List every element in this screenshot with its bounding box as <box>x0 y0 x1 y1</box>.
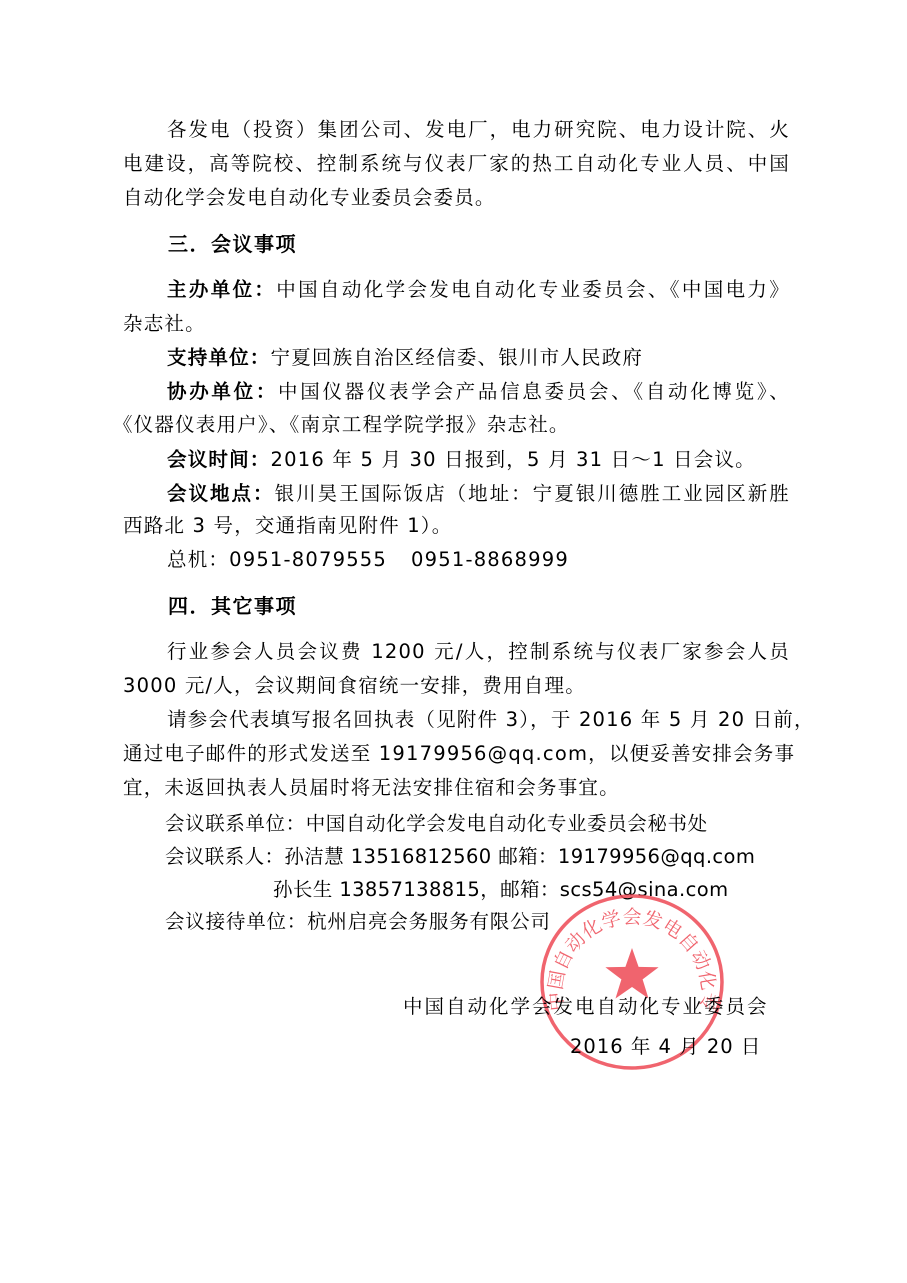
contact-separator: ， <box>480 878 500 901</box>
paragraph-line: 电建设，高等院校、控制系统与仪表厂家的热工自动化专业人员、中国 <box>123 151 790 177</box>
organizer-line-2: 杂志社。 <box>123 311 206 337</box>
supporter-value: 宁夏回族自治区经信委、银川市人民政府 <box>271 346 644 369</box>
organizer-line: 主办单位：中国自动化学会发电自动化专业委员会、《中国电力》 <box>167 277 790 303</box>
contact-name: 孙洁慧 <box>284 845 344 868</box>
registration-line: 通过电子邮件的形式发送至 19179956@qq.com，以便妥善安排会务事 <box>123 741 790 767</box>
contacts-label: 会议联系人： <box>165 845 284 868</box>
section-heading: 三．会议事项 <box>168 231 297 257</box>
contact-email: 19179956@qq.com <box>558 845 755 868</box>
venue-line-2: 西路北 3 号，交通指南见附件 1）。 <box>123 513 452 539</box>
reception-unit-line: 会议接待单位：杭州启亮会务服务有限公司 <box>165 909 551 935</box>
co-organizer-value: 中国仪器仪表学会产品信息委员会、《自动化博览》、 <box>278 380 790 403</box>
organizer-value: 中国自动化学会发电自动化专业委员会、《中国电力》 <box>276 278 790 301</box>
contact-unit-line: 会议联系单位：中国自动化学会发电自动化专业委员会秘书处 <box>165 811 708 837</box>
fee-line: 3000 元/人，会议期间食宿统一安排，费用自理。 <box>123 673 586 699</box>
venue-label: 会议地点： <box>167 482 275 505</box>
paragraph-line: 各发电（投资）集团公司、发电厂，电力研究院、电力设计院、火 <box>123 117 790 143</box>
registration-line: 请参会代表填写报名回执表（见附件 3），于 2016 年 5 月 20 日前， <box>123 707 790 733</box>
switchboard-phone-1: 0951-8079555 <box>229 548 387 571</box>
supporter-label: 支持单位： <box>167 346 271 369</box>
paragraph-line: 自动化学会发电自动化专业委员会委员。 <box>123 185 496 211</box>
organizer-label: 主办单位： <box>167 278 276 301</box>
contact-phone: 13516812560 <box>351 845 492 868</box>
section-heading: 四．其它事项 <box>168 593 297 619</box>
switchboard-phone-2: 0951-8868999 <box>411 548 569 571</box>
contact-unit-value: 中国自动化学会发电自动化专业委员会秘书处 <box>306 812 708 835</box>
fee-line: 行业参会人员会议费 1200 元/人，控制系统与仪表厂家参会人员 <box>123 639 790 665</box>
supporter-line: 支持单位：宁夏回族自治区经信委、银川市人民政府 <box>167 345 643 371</box>
signature-organization: 中国自动化学会发电自动化专业委员会 <box>403 994 769 1020</box>
meeting-time-value: 2016 年 5 月 30 日报到，5 月 31 日～1 日会议。 <box>271 448 756 471</box>
co-organizer-line-2: 《仪器仪表用户》、《南京工程学院学报》杂志社。 <box>113 412 570 438</box>
contact-email-label: 邮箱： <box>498 845 558 868</box>
co-organizer-line: 协办单位：中国仪器仪表学会产品信息委员会、《自动化博览》、 <box>167 379 790 405</box>
venue-value: 银川昊王国际饭店（地址：宁夏银川德胜工业园区新胜 <box>275 482 790 505</box>
registration-line: 宜，未返回执表人员届时将无法安排住宿和会务事宜。 <box>123 775 620 801</box>
meeting-time-line: 会议时间：2016 年 5 月 30 日报到，5 月 31 日～1 日会议。 <box>167 447 756 473</box>
switchboard-label: 总机： <box>167 548 229 571</box>
seal-star-icon <box>605 948 658 999</box>
reception-unit-value: 杭州启亮会务服务有限公司 <box>307 910 551 933</box>
contact-person-line: 会议联系人：孙洁慧 13516812560 邮箱：19179956@qq.com <box>165 844 755 870</box>
reception-unit-label: 会议接待单位： <box>165 910 307 933</box>
contact-phone: 13857138815 <box>339 878 480 901</box>
meeting-time-label: 会议时间： <box>167 448 271 471</box>
contact-unit-label: 会议联系单位： <box>165 812 306 835</box>
co-organizer-label: 协办单位： <box>167 380 278 403</box>
signature-date: 2016 年 4 月 20 日 <box>570 1034 761 1060</box>
contact-name: 孙长生 <box>273 878 333 901</box>
venue-line: 会议地点：银川昊王国际饭店（地址：宁夏银川德胜工业园区新胜 <box>167 481 790 507</box>
document-page: 各发电（投资）集团公司、发电厂，电力研究院、电力设计院、火 电建设，高等院校、控… <box>0 0 907 1283</box>
switchboard-line: 总机：0951-80795550951-8868999 <box>167 547 569 573</box>
